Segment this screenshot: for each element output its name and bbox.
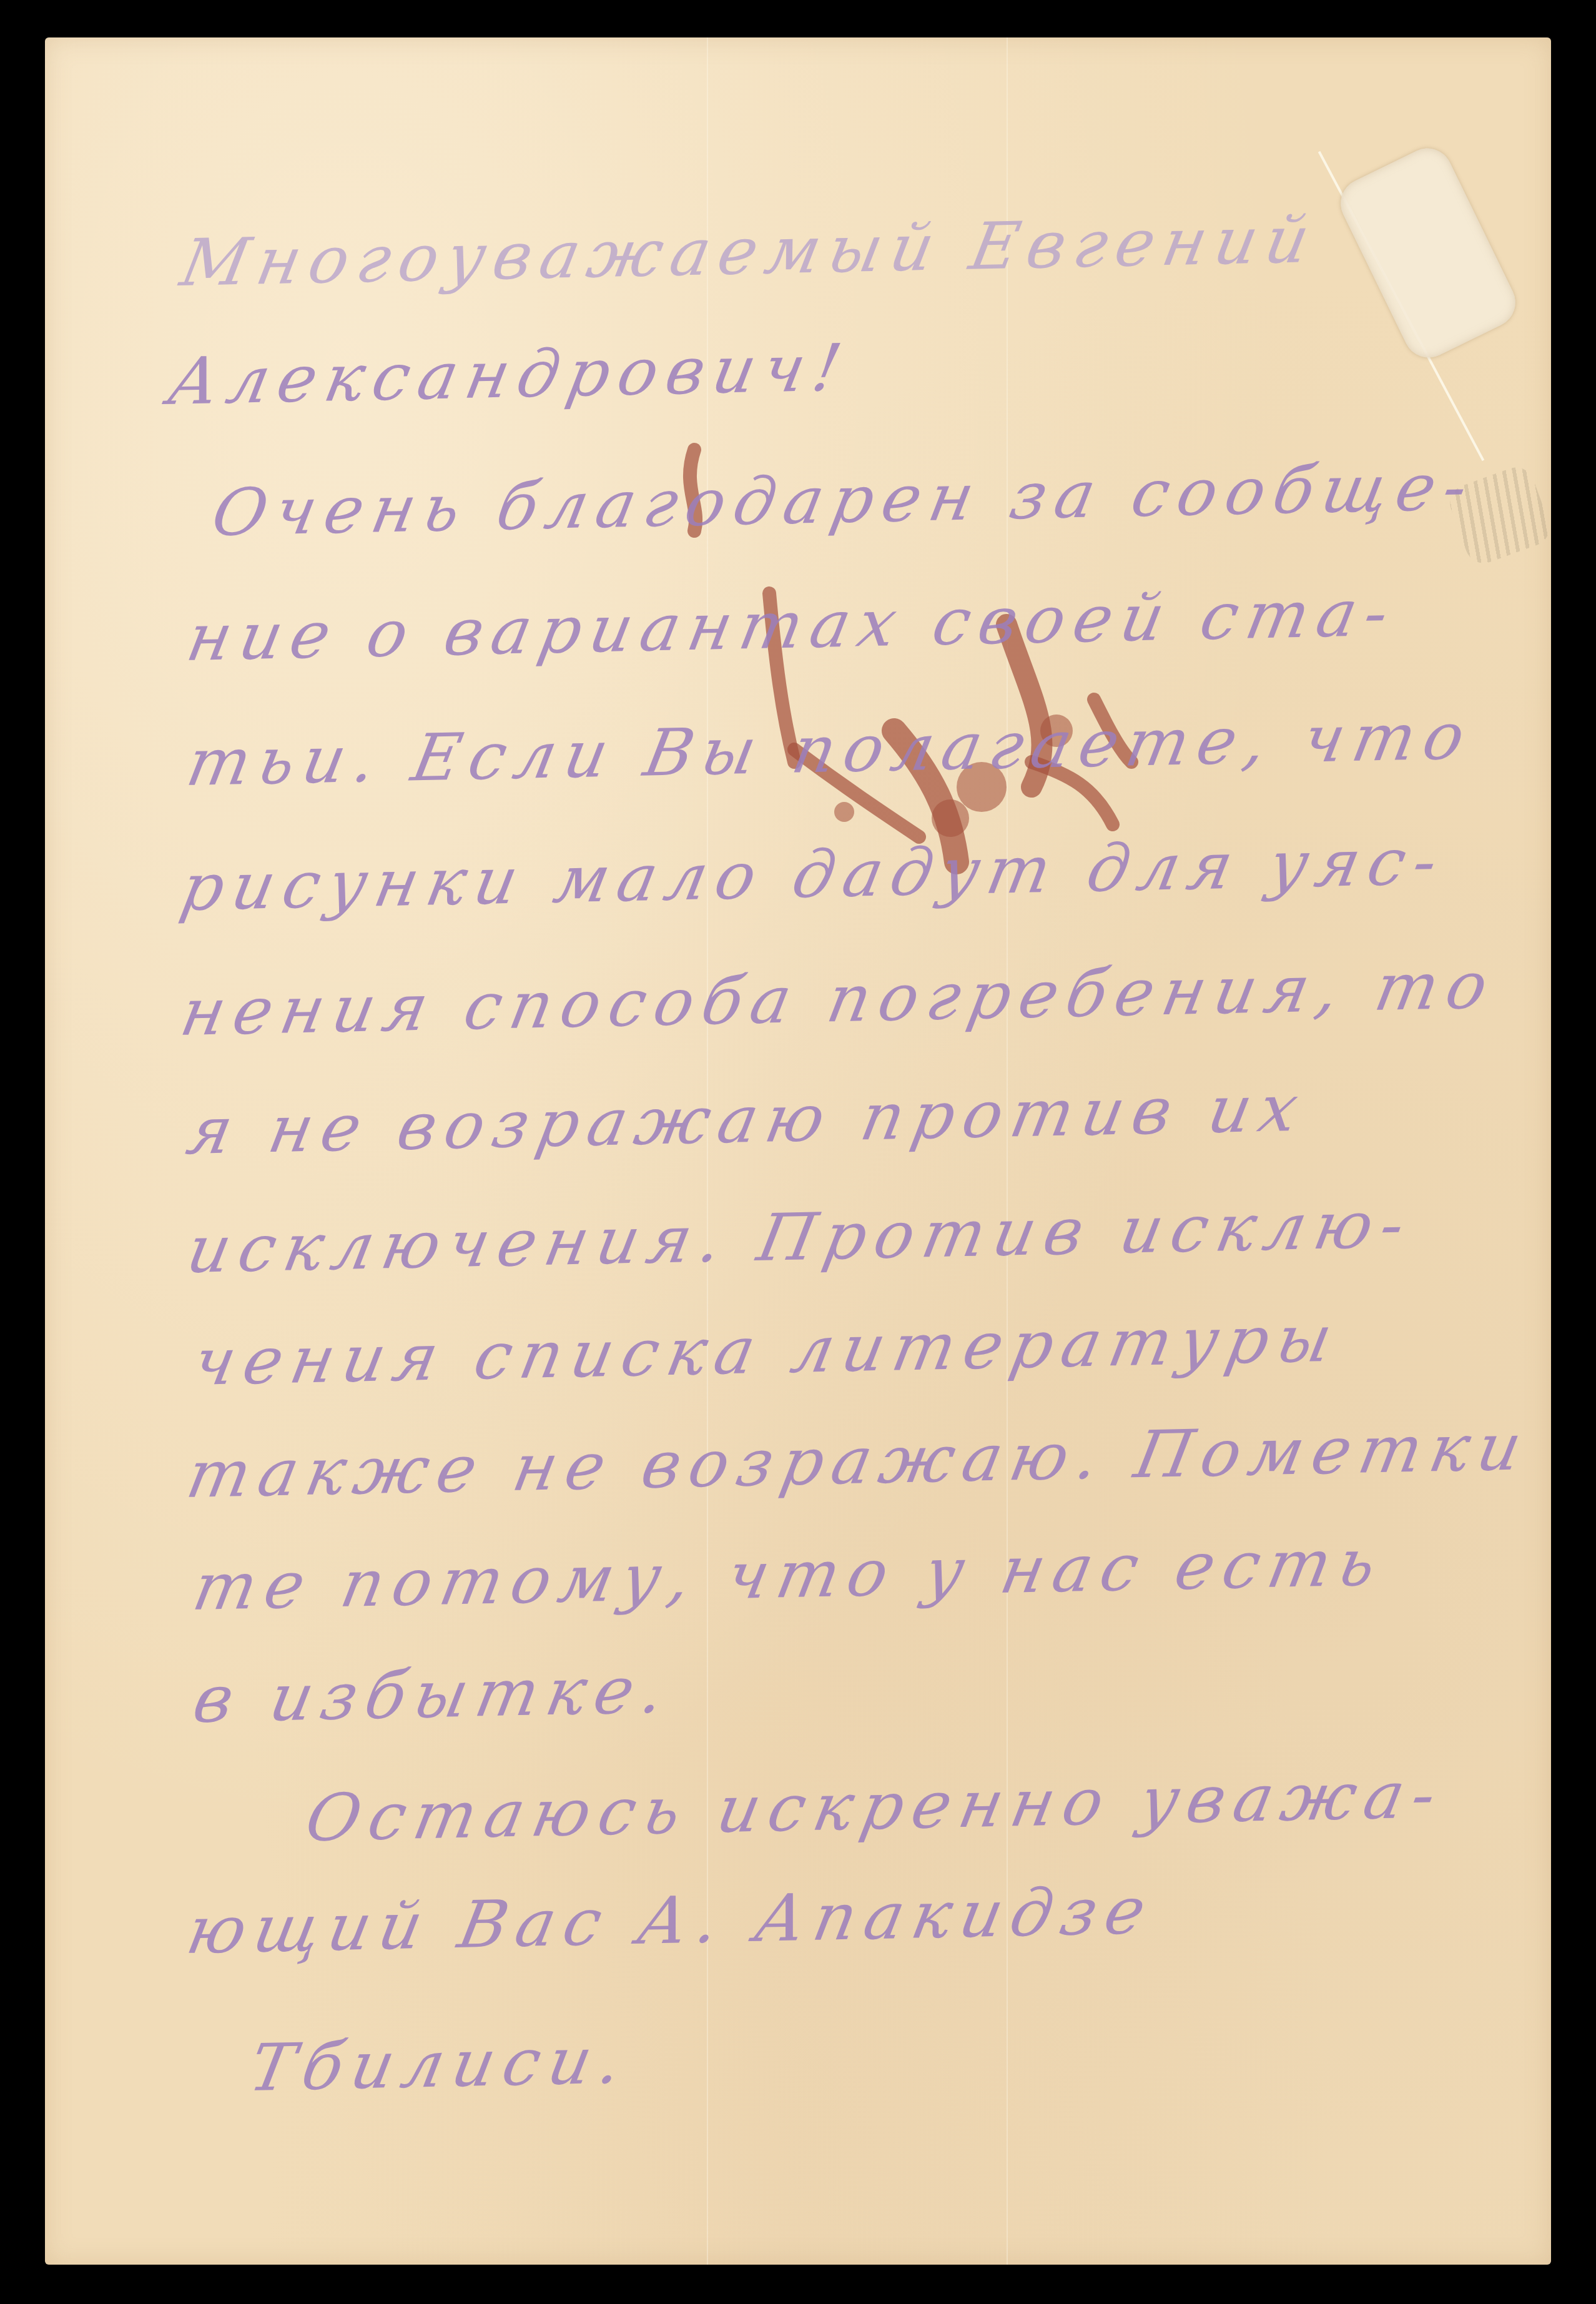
text-line: в избытке.: [187, 1651, 679, 1738]
closing-line-1: Остаюсь искренно уважа-: [300, 1756, 1451, 1856]
text-line: я не возражаю против их: [181, 1070, 1313, 1169]
text-line: также не возражаю. Пометки: [181, 1408, 1536, 1513]
tape-patch: [1332, 140, 1524, 366]
postcard: Многоуважаемый Евгений Александрович! Оч…: [45, 37, 1551, 2265]
text-line: нения способа погребения, то: [175, 947, 1502, 1051]
text-line: исключения. Против исклю-: [181, 1186, 1419, 1288]
greeting-line-1: Многоуважаемый Евгений: [175, 201, 1324, 301]
text-line: те потому, что у нас есть: [187, 1524, 1391, 1625]
text-line: Очень благодарен за сообще-: [206, 448, 1482, 551]
closing-signature-line: ющий Вас А. Апакидзе: [181, 1872, 1160, 1969]
text-line: тьи. Если Вы полагаете, что: [181, 698, 1479, 801]
place-line: Тбилиси.: [244, 2022, 636, 2106]
greeting-line-2: Александрович!: [162, 329, 855, 420]
text-line: ние о вариантах своей ста-: [181, 575, 1403, 676]
text-line: чения списка литературы: [187, 1300, 1347, 1400]
text-line: рисунки мало дадут для уяс-: [175, 823, 1452, 926]
